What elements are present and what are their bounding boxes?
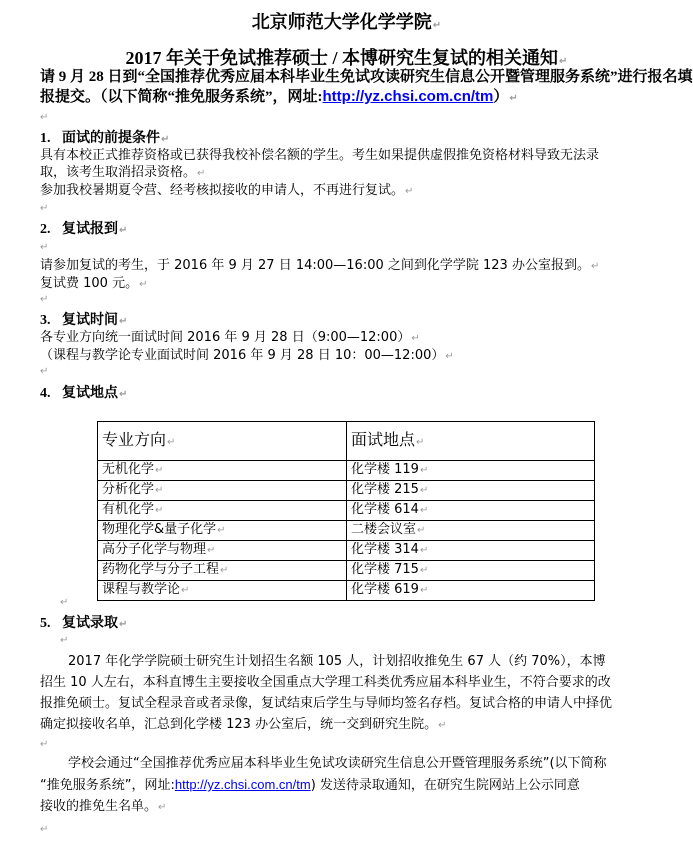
empty-paragraph: ↵ [40, 824, 48, 835]
section-2-heading: 2.复试报到↵ [40, 218, 127, 238]
table-cell: 化学楼 119↵ [347, 461, 595, 481]
empty-paragraph: ↵ [40, 203, 48, 214]
empty-paragraph: ↵ [40, 739, 48, 750]
table-row: 有机化学↵ 化学楼 614↵ [98, 501, 595, 521]
text-line: 2017 年化学学院硕士研究生计划招生名额 105 人，计划招收推免生 67 人… [40, 651, 612, 672]
table-cell: 化学楼 215↵ [347, 481, 595, 501]
table-cell: 化学楼 715↵ [347, 561, 595, 581]
text-line: 招生 10 人左右，本科直博生主要接收全国重点大学理工科类优秀应届本科毕业生，不… [40, 672, 612, 693]
text-line: 确定拟接收名单，汇总到化学楼 123 办公室后，统一交到研究生院。↵ [40, 714, 612, 736]
table-cell: 高分子化学与物理↵ [98, 541, 347, 561]
table-cell: 物理化学&量子化学↵ [98, 521, 347, 541]
table-row: 无机化学↵ 化学楼 119↵ [98, 461, 595, 481]
table-cell: 分析化学↵ [98, 481, 347, 501]
table-row: 高分子化学与物理↵ 化学楼 314↵ [98, 541, 595, 561]
table-cell: 化学楼 314↵ [347, 541, 595, 561]
text-line: 参加我校暑期夏令营、经考核拟接收的申请人，不再进行复试。↵ [40, 182, 599, 200]
text-line: 复试费 100 元。↵ [40, 275, 599, 293]
text-line: 报推免硕士。复试全程录音或者录像，复试结束后学生与导师均签名存档。复试合格的申请… [40, 693, 612, 714]
table-row: 物理化学&量子化学↵ 二楼会议室↵ [98, 521, 595, 541]
table-cell: 无机化学↵ [98, 461, 347, 481]
text-line: “推免服务系统”，网址:http://yz.chsi.com.cn/tm) 发送… [40, 774, 607, 796]
admission-paragraph-1: 2017 年化学学院硕士研究生计划招生名额 105 人，计划招收推免生 67 人… [40, 651, 612, 736]
document-page: 北京师范大学化学学院↵ 2017 年关于免试推荐硕士 / 本博研究生复试的相关通… [0, 0, 693, 846]
table-header-cell: 专业方向↵ [98, 422, 347, 461]
table-cell: 课程与教学论↵ [98, 581, 347, 601]
empty-paragraph: ↵ [40, 242, 48, 253]
table-header-cell: 面试地点↵ [347, 422, 595, 461]
text-line: 各专业方向统一面试时间 2016 年 9 月 28 日（9:00—12:00）↵ [40, 329, 454, 347]
section-1-heading: 1.面试的前提条件↵ [40, 127, 169, 147]
table-cell: 化学楼 614↵ [347, 501, 595, 521]
section-5-heading: 5.复试录取↵ [40, 612, 127, 632]
table-cell: 药物化学与分子工程↵ [98, 561, 347, 581]
text-line: 接收的推免生名单。↵ [40, 796, 607, 818]
section-3-heading: 3.复试时间↵ [40, 309, 127, 329]
table-header-row: 专业方向↵ 面试地点↵ [98, 422, 595, 461]
section-4-heading: 4.复试地点↵ [40, 382, 127, 402]
empty-paragraph: ↵ [40, 294, 48, 305]
table-cell: 二楼会议室↵ [347, 521, 595, 541]
admission-paragraph-2: 学校会通过“全国推荐优秀应届本科毕业生免试攻读研究生信息公开暨管理服务系统”(以… [40, 753, 607, 818]
intro-paragraph: 请 9 月 28 日到“全国推荐优秀应届本科毕业生免试攻读研究生信息公开暨管理服… [40, 68, 693, 108]
text-line: 取，该考生取消招录资格。↵ [40, 164, 599, 182]
table-row: 分析化学↵ 化学楼 215↵ [98, 481, 595, 501]
intro-line-2: 报提交。（以下简称“推免服务系统”，网址:http://yz.chsi.com.… [40, 87, 693, 108]
table-cell: 化学楼 619↵ [347, 581, 595, 601]
empty-paragraph: ↵ [60, 597, 68, 608]
text-line: 具有本校正式推荐资格或已获得我校补偿名额的学生。考生如果提供虚假推免资格材料导致… [40, 147, 599, 164]
table-row: 药物化学与分子工程↵ 化学楼 715↵ [98, 561, 595, 581]
chsi-link-2[interactable]: http://yz.chsi.com.cn/tm [175, 777, 311, 792]
table-cell: 有机化学↵ [98, 501, 347, 521]
empty-paragraph: ↵ [40, 112, 48, 123]
location-table: 专业方向↵ 面试地点↵ 无机化学↵ 化学楼 119↵ 分析化学↵ 化学楼 215… [97, 421, 595, 601]
text-line: （课程与教学论专业面试时间 2016 年 9 月 28 日 10：00—12:0… [40, 347, 454, 365]
text-line: 请参加复试的考生，于 2016 年 9 月 27 日 14:00—16:00 之… [40, 257, 599, 275]
intro-line-1: 请 9 月 28 日到“全国推荐优秀应届本科毕业生免试攻读研究生信息公开暨管理服… [40, 68, 693, 87]
document-subtitle: 2017 年关于免试推荐硕士 / 本博研究生复试的相关通知↵ [0, 44, 693, 70]
chsi-link[interactable]: http://yz.chsi.com.cn/tm [323, 88, 494, 105]
empty-paragraph: ↵ [40, 366, 48, 377]
section-1-body: 具有本校正式推荐资格或已获得我校补偿名额的学生。考生如果提供虚假推免资格材料导致… [40, 147, 599, 200]
empty-paragraph: ↵ [60, 635, 68, 646]
section-2-body: 请参加复试的考生，于 2016 年 9 月 27 日 14:00—16:00 之… [40, 257, 599, 293]
text-line: 学校会通过“全国推荐优秀应届本科毕业生免试攻读研究生信息公开暨管理服务系统”(以… [40, 753, 607, 774]
table-row: 课程与教学论↵ 化学楼 619↵ [98, 581, 595, 601]
document-title: 北京师范大学化学学院↵ [0, 8, 693, 34]
section-3-body: 各专业方向统一面试时间 2016 年 9 月 28 日（9:00—12:00）↵… [40, 329, 454, 365]
